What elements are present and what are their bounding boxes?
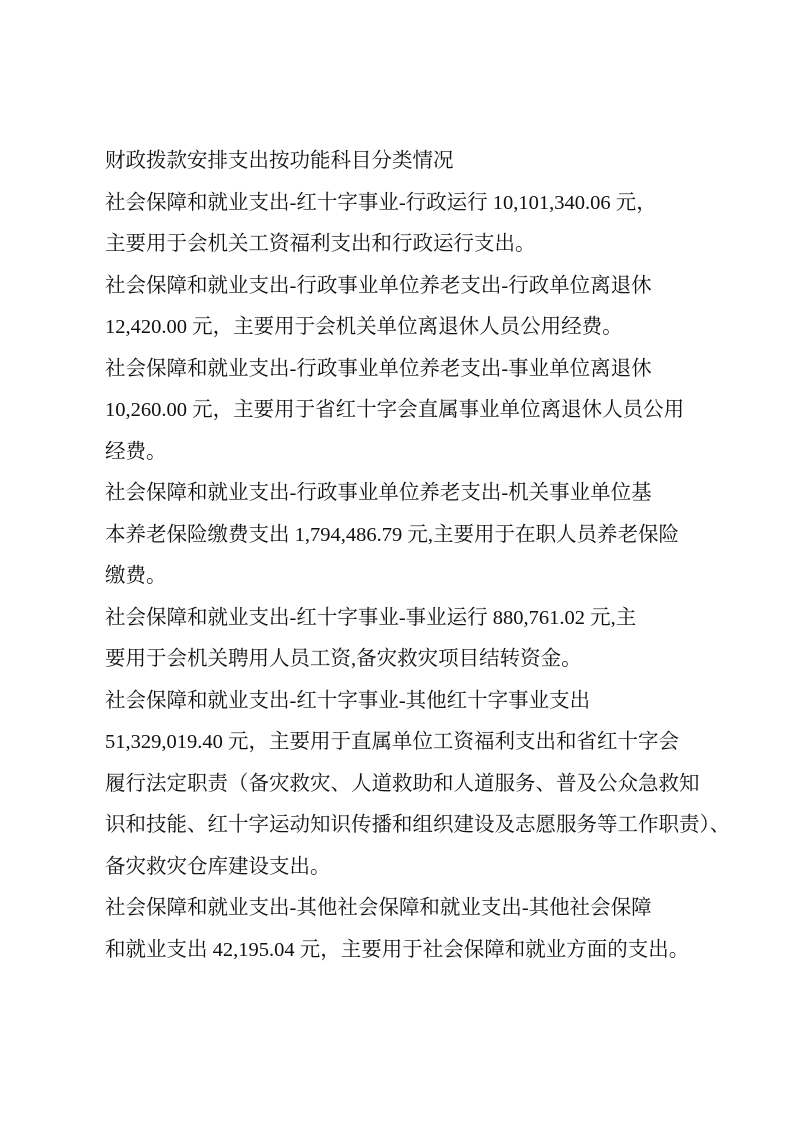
text-line: 社会保障和就业支出-行政事业单位养老支出-事业单位离退休 bbox=[105, 358, 652, 380]
paragraph-admin-operation: 社会保障和就业支出-红十字事业-行政运行 10,101,340.06 元， 主要… bbox=[105, 183, 699, 266]
text-line: 要用于会机关聘用人员工资,备灾救灾项目结转资金。 bbox=[105, 648, 582, 670]
text-line: 履行法定职责（备灾救灾、人道救助和人道服务、普及公众急救知 bbox=[105, 773, 700, 795]
heading-text: 财政拨款安排支出按功能科目分类情况 bbox=[105, 150, 454, 172]
document-page: 财政拨款安排支出按功能科目分类情况 社会保障和就业支出-红十字事业-行政运行 1… bbox=[0, 0, 793, 1122]
text-line: 社会保障和就业支出-行政事业单位养老支出-机关事业单位基 bbox=[105, 482, 652, 504]
text-line: 社会保障和就业支出-红十字事业-行政运行 10,101,340.06 元， bbox=[105, 192, 657, 214]
text-line: 社会保障和就业支出-行政事业单位养老支出-行政单位离退休 bbox=[105, 275, 652, 297]
paragraph-institution-retirement: 社会保障和就业支出-行政事业单位养老支出-事业单位离退休 10,260.00 元… bbox=[105, 349, 699, 474]
text-line: 社会保障和就业支出-其他社会保障和就业支出-其他社会保障 bbox=[105, 897, 652, 919]
document-content: 财政拨款安排支出按功能科目分类情况 社会保障和就业支出-红十字事业-行政运行 1… bbox=[105, 141, 699, 971]
text-line: 本养老保险缴费支出 1,794,486.79 元,主要用于在职人员养老保险 bbox=[105, 524, 679, 546]
text-line: 备灾救灾仓库建设支出。 bbox=[105, 856, 331, 878]
paragraph-admin-unit-retirement: 社会保障和就业支出-行政事业单位养老支出-行政单位离退休 12,420.00 元… bbox=[105, 266, 699, 349]
paragraph-other-social-security: 社会保障和就业支出-其他社会保障和就业支出-其他社会保障 和就业支出 42,19… bbox=[105, 888, 699, 971]
text-line: 和就业支出 42,195.04 元，主要用于社会保障和就业方面的支出。 bbox=[105, 939, 689, 961]
text-line: 社会保障和就业支出-红十字事业-事业运行 880,761.02 元,主 bbox=[105, 607, 636, 629]
text-line: 经费。 bbox=[105, 441, 167, 463]
paragraph-institution-operation: 社会保障和就业支出-红十字事业-事业运行 880,761.02 元,主 要用于会… bbox=[105, 598, 699, 681]
text-line: 主要用于会机关工资福利支出和行政运行支出。 bbox=[105, 233, 536, 255]
text-line: 10,260.00 元，主要用于省红十字会直属事业单位离退休人员公用 bbox=[105, 399, 684, 421]
text-line: 社会保障和就业支出-红十字事业-其他红十字事业支出 bbox=[105, 690, 590, 712]
paragraph-basic-pension-contribution: 社会保障和就业支出-行政事业单位养老支出-机关事业单位基 本养老保险缴费支出 1… bbox=[105, 473, 699, 598]
text-line: 识和技能、红十字运动知识传播和组织建设及志愿服务等工作职责）、 bbox=[105, 814, 730, 836]
text-line: 12,420.00 元，主要用于会机关单位离退休人员公用经费。 bbox=[105, 316, 623, 338]
text-line: 51,329,019.40 元，主要用于直属单位工资福利支出和省红十字会 bbox=[105, 731, 679, 753]
section-heading: 财政拨款安排支出按功能科目分类情况 bbox=[105, 141, 699, 183]
text-line: 缴费。 bbox=[105, 565, 167, 587]
paragraph-other-redcross-expenditure: 社会保障和就业支出-红十字事业-其他红十字事业支出 51,329,019.40 … bbox=[105, 681, 699, 889]
